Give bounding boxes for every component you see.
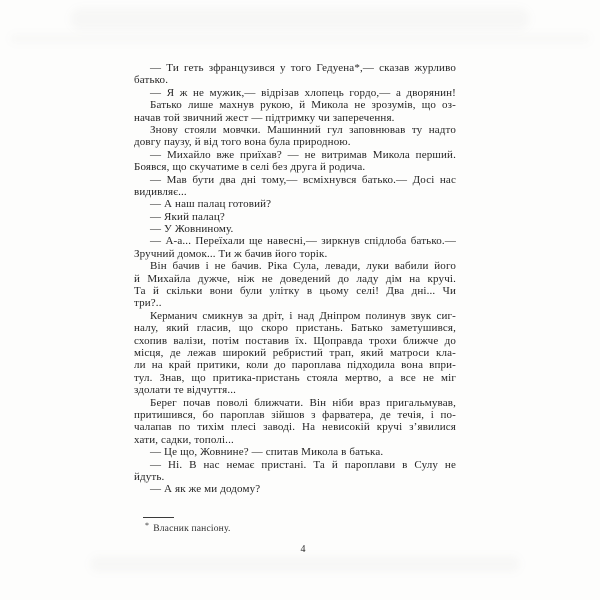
- text-line: налу, який гласив, що скоро пристань. Ба…: [134, 322, 456, 334]
- text-line: — Михайло вже приїхав? — не витримав Мик…: [134, 149, 456, 161]
- text-line: — А як же ми додому?: [134, 483, 456, 495]
- text-line: батько.: [134, 74, 456, 86]
- page-text: — Ти геть зфранцузився у того Гедуена*,—…: [134, 62, 456, 496]
- text-line: — Який палац?: [134, 211, 456, 223]
- text-line: місця, де лежав широкий ребристий трап, …: [134, 347, 456, 359]
- text-line: довгу паузу, й від того вона була природ…: [134, 136, 456, 148]
- footnote-rule: [143, 517, 174, 518]
- book-page: — Ти геть зфранцузився у того Гедуена*,—…: [0, 0, 600, 600]
- text-line: — А наш палац готовий?: [134, 198, 456, 210]
- text-line: три?..: [134, 297, 456, 309]
- text-line: Знову стояли мовчки. Машинний гул заповн…: [134, 124, 456, 136]
- footnote: *Власник пансіону.: [145, 521, 231, 534]
- text-line: начав той звичний жест — підтримку чи за…: [134, 112, 456, 124]
- text-line: Він бачив і не бачив. Ріка Сула, левади,…: [134, 260, 456, 272]
- text-line: видивляє...: [134, 186, 456, 198]
- text-line: Керманич смикнув за дріт, і над Дніпром …: [134, 310, 456, 322]
- text-line: схопив валізи, потім поставив їх. Щоправ…: [134, 335, 456, 347]
- text-line: чалапав по тихім плесі заводі. На невисо…: [134, 421, 456, 433]
- text-line: — Це що, Жовнине? — спитав Микола в бать…: [134, 446, 456, 458]
- text-line: — Ти геть зфранцузився у того Гедуена*,—…: [134, 62, 456, 74]
- text-line: Боявся, що скучатиме в селі без друга й …: [134, 161, 456, 173]
- text-line: — Ні. В нас немає пристані. Та й паропла…: [134, 459, 456, 471]
- page-number: 4: [134, 544, 456, 555]
- text-line: йдуть.: [134, 471, 456, 483]
- text-line: хати, садки, тополі...: [134, 434, 456, 446]
- text-line: — У Жовниному.: [134, 223, 456, 235]
- footnote-asterisk-marker: *: [145, 521, 149, 530]
- text-line: Та й скільки вони були улітку в цьому се…: [134, 285, 456, 297]
- text-line: Батько лише махнув рукою, й Микола не зр…: [134, 99, 456, 111]
- scan-smudge: [90, 556, 520, 572]
- text-line: притишився, бо пароплав зійшов з фарвате…: [134, 409, 456, 421]
- footnote-text: Власник пансіону.: [153, 524, 230, 534]
- text-line: тул. Знав, що притика-пристань стояла ме…: [134, 372, 456, 384]
- text-line: — Я ж не мужик,— відрізав хлопець гордо,…: [134, 87, 456, 99]
- text-line: — А-а... Переїхали ще навесні,— зиркнув …: [134, 235, 456, 247]
- text-line: — Мав бути два дні тому,— всміхнувся бат…: [134, 174, 456, 186]
- text-line: й Михайла дужче, ніж не доведений до лад…: [134, 273, 456, 285]
- text-line: здолати те відчуття...: [134, 384, 456, 396]
- text-line: Берег почав поволі ближчати. Він ніби вр…: [134, 397, 456, 409]
- scan-smudge: [70, 8, 530, 30]
- scan-smudge: [10, 34, 590, 43]
- text-line: Зручний домок... Ти ж бачив його торік.: [134, 248, 456, 260]
- text-line: ли на край притики, коли до пароплава пі…: [134, 359, 456, 371]
